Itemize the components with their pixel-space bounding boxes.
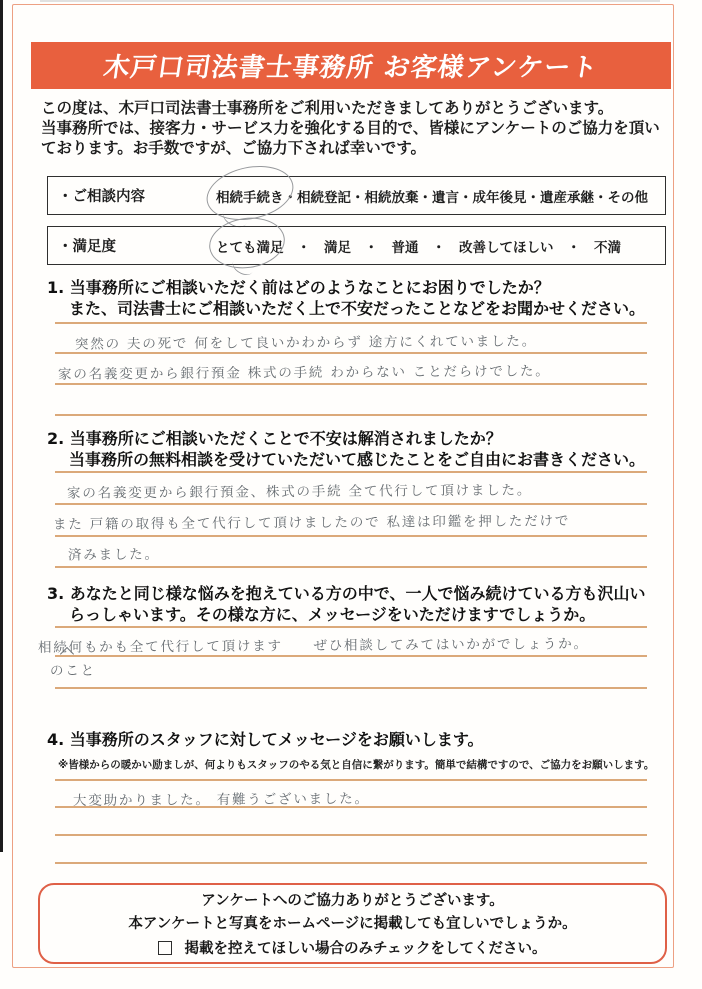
satisfaction-label: ・満足度: [48, 235, 216, 256]
consultation-type-box: ・ご相談内容 相続手続き・相続登記・相続放棄・遺言・成年後見・遺産承継・その他: [47, 176, 666, 215]
answer-line: [55, 687, 647, 689]
handwritten-answer-q2-line3: 済みました。: [68, 543, 160, 564]
handwritten-answer-q2-line2: また 戸籍の取得も全て代行して頂けましたので 私達は印鑑を押しただけで: [53, 509, 570, 533]
question-2-line1: 2. 当事務所にご相談いただくことで不安は解消されましたか？: [47, 428, 677, 449]
footer-publish-question: 本アンケートと写真をホームページに掲載しても宜しいでしょうか。: [128, 912, 576, 933]
answer-line: [55, 535, 647, 537]
intro-line: この度は、木戸口司法書士事務所をご利用いただきましてありがとうございます。: [41, 98, 681, 118]
consultation-label: ・ご相談内容: [48, 185, 216, 206]
answer-line: [55, 806, 647, 808]
answer-line: [55, 503, 647, 505]
intro-line: 当事務所では、接客力・サービス力を強化する目的で、皆様にアンケートのご協力を頂い: [41, 118, 681, 138]
question-2-line2: 当事務所の無料相談を受けていただいて感じたことをご自由にお書きください。: [69, 449, 677, 470]
scan-edge-artifact: [40, 0, 660, 2]
footer-consent-box: アンケートへのご協力ありがとうございます。 本アンケートと写真をホームページに掲…: [38, 883, 667, 964]
intro-paragraph: この度は、木戸口司法書士事務所をご利用いただきましてありがとうございます。 当事…: [41, 98, 681, 158]
answer-line: [55, 834, 647, 836]
question-3-heading: 3. あなたと同じ様な悩みを抱えている方の中で、一人で悩み続けている方も沢山い …: [47, 583, 677, 625]
question-4-note: ※皆様からの暖かい励ましが、何よりもスタッフのやる気と自信に繋がります。簡単で結…: [58, 757, 698, 772]
handwritten-answer-q2-line1: 家の名義変更から銀行預金、株式の手続 全て代行して頂けました。: [67, 478, 532, 501]
footer-thanks-line: アンケートへのご協力ありがとうございます。: [201, 889, 503, 910]
question-4-line1: 4. 当事務所のスタッフに対してメッセージをお願いします。: [47, 729, 677, 750]
question-3-line1: 3. あなたと同じ様な悩みを抱えている方の中で、一人で悩み続けている方も沢山い: [47, 583, 677, 604]
answer-line: [55, 383, 647, 385]
heading-underline: [55, 322, 647, 324]
footer-checkbox-row: 掲載を控えてほしい場合のみチェックをしてください。: [158, 937, 546, 958]
answer-line: [55, 414, 647, 416]
heading-underline: [55, 626, 647, 628]
question-2-heading: 2. 当事務所にご相談いただくことで不安は解消されましたか？ 当事務所の無料相談…: [47, 428, 677, 470]
question-1-heading: 1. 当事務所にご相談いただく前はどのようなことにお困りでしたか？ また、司法書…: [47, 277, 677, 319]
publish-optout-checkbox: [158, 941, 172, 955]
satisfaction-box: ・満足度 とても満足 ・ 満足 ・ 普通 ・ 改善してほしい ・ 不満: [47, 226, 666, 265]
question-3-line2: らっしゃいます。その様な方に、メッセージをいただけますでしょうか。: [69, 604, 677, 625]
title-banner: 木戸口司法書士事務所 お客様アンケート: [31, 42, 671, 89]
heading-underline: [55, 471, 647, 473]
question-4-heading: 4. 当事務所のスタッフに対してメッセージをお願いします。: [47, 729, 677, 750]
scan-edge-artifact: [0, 0, 3, 852]
question-1-line1: 1. 当事務所にご相談いただく前はどのようなことにお困りでしたか？: [47, 277, 677, 298]
question-1-line2: また、司法書士にご相談いただく上で不安だったことなどをお聞かせください。: [69, 298, 677, 319]
handwritten-answer-q3-line1: 相続何もかも全て代行して頂けます ぜひ相談してみてはいかがでしょうか。: [38, 632, 589, 656]
heading-underline: [55, 779, 647, 781]
survey-scan-page: 木戸口司法書士事務所 お客様アンケート この度は、木戸口司法書士事務所をご利用い…: [0, 0, 702, 989]
answer-line: [55, 352, 647, 354]
handwritten-answer-q1-line1: 突然の 夫の死で 何をして良いかわからず 途方にくれていました。: [75, 329, 537, 352]
answer-line: [55, 566, 647, 568]
handwritten-answer-q1-line2: 家の名義変更から銀行預金 株式の手続 わからない ことだらけでした。: [58, 359, 551, 382]
page-title: 木戸口司法書士事務所 お客様アンケート: [101, 47, 601, 84]
handwritten-insertion-q3: のこと: [50, 659, 96, 679]
answer-line: [55, 862, 647, 864]
intro-line: ております。お手数ですが、ご協力下されば幸いです。: [41, 138, 681, 158]
publish-optout-label: 掲載を控えてほしい場合のみチェックをしてください。: [184, 937, 546, 958]
answer-line: [55, 655, 647, 657]
